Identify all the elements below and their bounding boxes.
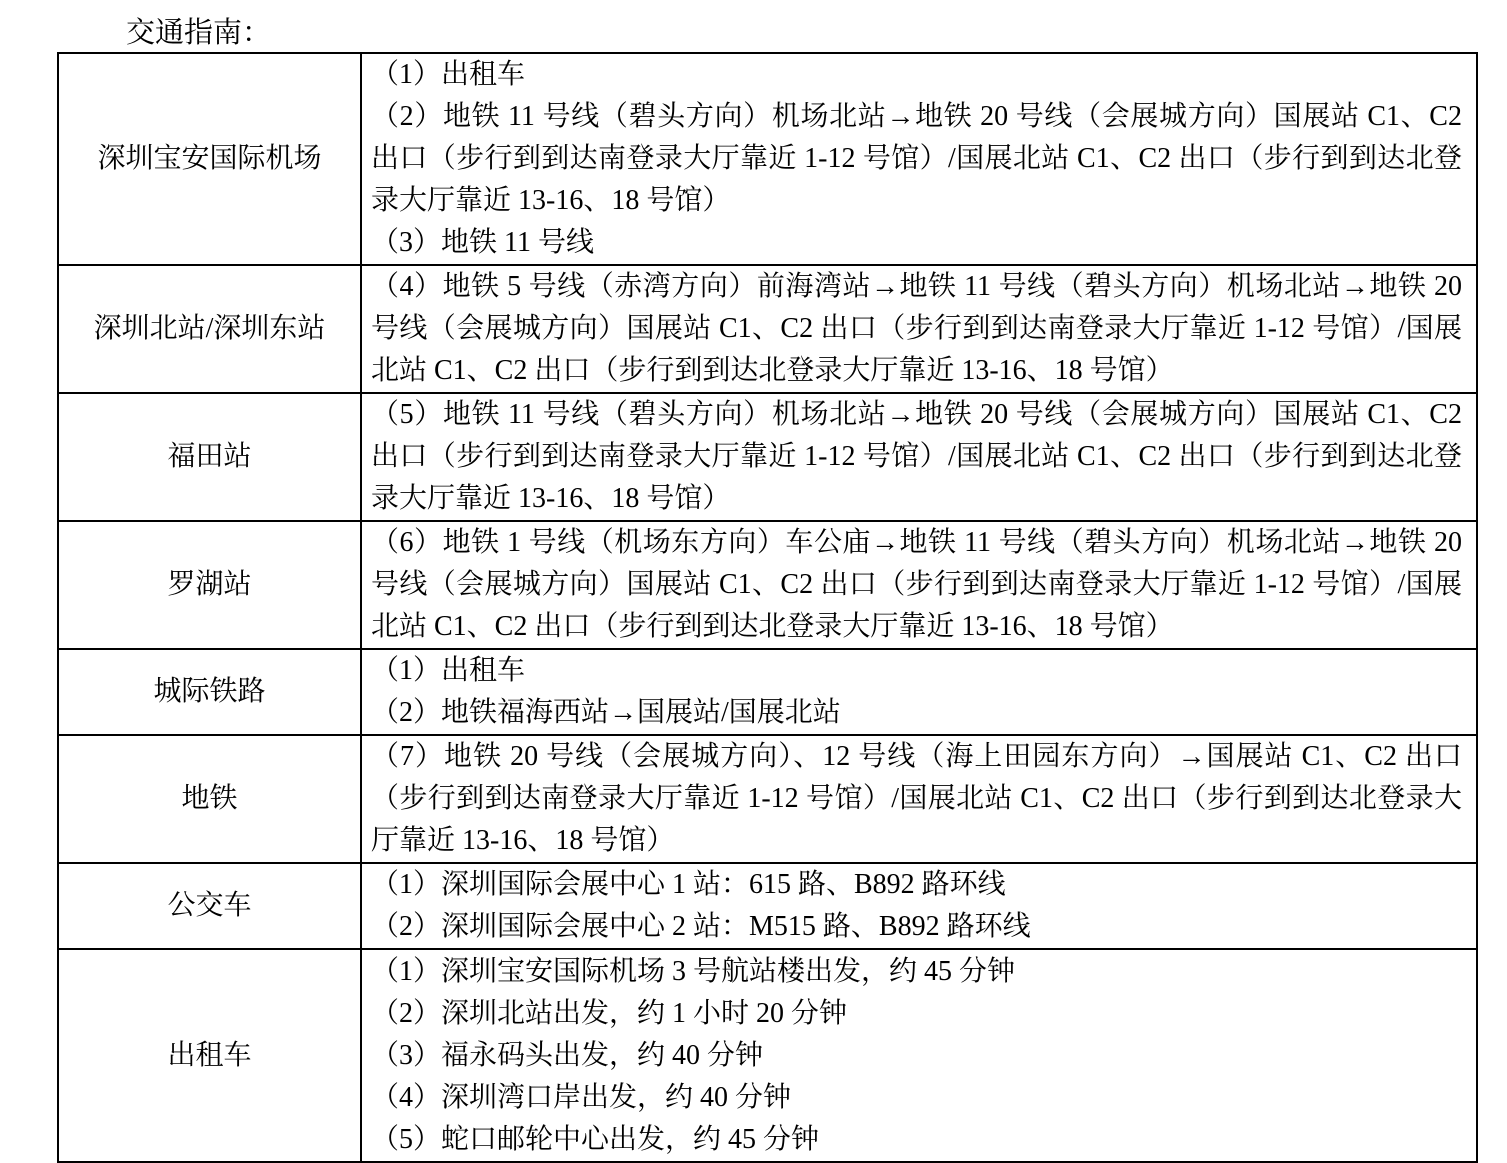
row-content-taxi: （1）深圳宝安国际机场 3 号航站楼出发，约 45 分钟 （2）深圳北站出发，约… xyxy=(361,949,1477,1162)
route-item: （5）蛇口邮轮中心出发，约 45 分钟 xyxy=(371,1119,1462,1161)
row-content-intercity-rail: （1）出租车 （2）地铁福海西站→国展站/国展北站 xyxy=(361,649,1477,735)
route-item: （2）地铁福海西站→国展站/国展北站 xyxy=(371,692,1462,734)
route-item: （5）地铁 11 号线（碧头方向）机场北站→地铁 20 号线（会展城方向）国展站… xyxy=(371,394,1462,520)
route-item: （1）深圳国际会展中心 1 站：615 路、B892 路环线 xyxy=(371,864,1462,906)
row-label-luohu: 罗湖站 xyxy=(58,521,361,649)
traffic-guide-table: 深圳宝安国际机场 （1）出租车 （2）地铁 11 号线（碧头方向）机场北站→地铁… xyxy=(57,52,1478,1163)
row-content-metro: （7）地铁 20 号线（会展城方向）、12 号线（海上田园东方向）→国展站 C1… xyxy=(361,735,1477,863)
row-label-bus: 公交车 xyxy=(58,863,361,949)
route-item: （4）地铁 5 号线（赤湾方向）前海湾站→地铁 11 号线（碧头方向）机场北站→… xyxy=(371,266,1462,392)
route-item: （3）地铁 11 号线 xyxy=(371,222,1462,264)
row-content-futian: （5）地铁 11 号线（碧头方向）机场北站→地铁 20 号线（会展城方向）国展站… xyxy=(361,393,1477,521)
row-label-north-east-station: 深圳北站/深圳东站 xyxy=(58,265,361,393)
row-content-airport: （1）出租车 （2）地铁 11 号线（碧头方向）机场北站→地铁 20 号线（会展… xyxy=(361,53,1477,265)
route-item: （2）深圳北站出发，约 1 小时 20 分钟 xyxy=(371,993,1462,1035)
table-row-intercity-rail: 城际铁路 （1）出租车 （2）地铁福海西站→国展站/国展北站 xyxy=(58,649,1477,735)
table-row-bus: 公交车 （1）深圳国际会展中心 1 站：615 路、B892 路环线 （2）深圳… xyxy=(58,863,1477,949)
route-item: （3）福永码头出发，约 40 分钟 xyxy=(371,1035,1462,1077)
row-label-metro: 地铁 xyxy=(58,735,361,863)
row-content-bus: （1）深圳国际会展中心 1 站：615 路、B892 路环线 （2）深圳国际会展… xyxy=(361,863,1477,949)
row-label-airport: 深圳宝安国际机场 xyxy=(58,53,361,265)
route-item: （1）出租车 xyxy=(371,54,1462,96)
table-row-futian: 福田站 （5）地铁 11 号线（碧头方向）机场北站→地铁 20 号线（会展城方向… xyxy=(58,393,1477,521)
route-item: （4）深圳湾口岸出发，约 40 分钟 xyxy=(371,1077,1462,1119)
route-item: （2）深圳国际会展中心 2 站：M515 路、B892 路环线 xyxy=(371,906,1462,948)
row-content-luohu: （6）地铁 1 号线（机场东方向）车公庙→地铁 11 号线（碧头方向）机场北站→… xyxy=(361,521,1477,649)
route-item: （2）地铁 11 号线（碧头方向）机场北站→地铁 20 号线（会展城方向）国展站… xyxy=(371,96,1462,222)
route-item: （1）深圳宝安国际机场 3 号航站楼出发，约 45 分钟 xyxy=(371,951,1462,993)
route-item: （1）出租车 xyxy=(371,650,1462,692)
row-label-intercity-rail: 城际铁路 xyxy=(58,649,361,735)
table-row-taxi: 出租车 （1）深圳宝安国际机场 3 号航站楼出发，约 45 分钟 （2）深圳北站… xyxy=(58,949,1477,1162)
page-title: 交通指南： xyxy=(126,16,271,50)
route-item: （7）地铁 20 号线（会展城方向）、12 号线（海上田园东方向）→国展站 C1… xyxy=(371,736,1462,862)
row-content-north-east-station: （4）地铁 5 号线（赤湾方向）前海湾站→地铁 11 号线（碧头方向）机场北站→… xyxy=(361,265,1477,393)
row-label-taxi: 出租车 xyxy=(58,949,361,1162)
table-row-luohu: 罗湖站 （6）地铁 1 号线（机场东方向）车公庙→地铁 11 号线（碧头方向）机… xyxy=(58,521,1477,649)
row-label-futian: 福田站 xyxy=(58,393,361,521)
table-row-airport: 深圳宝安国际机场 （1）出租车 （2）地铁 11 号线（碧头方向）机场北站→地铁… xyxy=(58,53,1477,265)
route-item: （6）地铁 1 号线（机场东方向）车公庙→地铁 11 号线（碧头方向）机场北站→… xyxy=(371,522,1462,648)
table-row-metro: 地铁 （7）地铁 20 号线（会展城方向）、12 号线（海上田园东方向）→国展站… xyxy=(58,735,1477,863)
table-row-north-east-station: 深圳北站/深圳东站 （4）地铁 5 号线（赤湾方向）前海湾站→地铁 11 号线（… xyxy=(58,265,1477,393)
